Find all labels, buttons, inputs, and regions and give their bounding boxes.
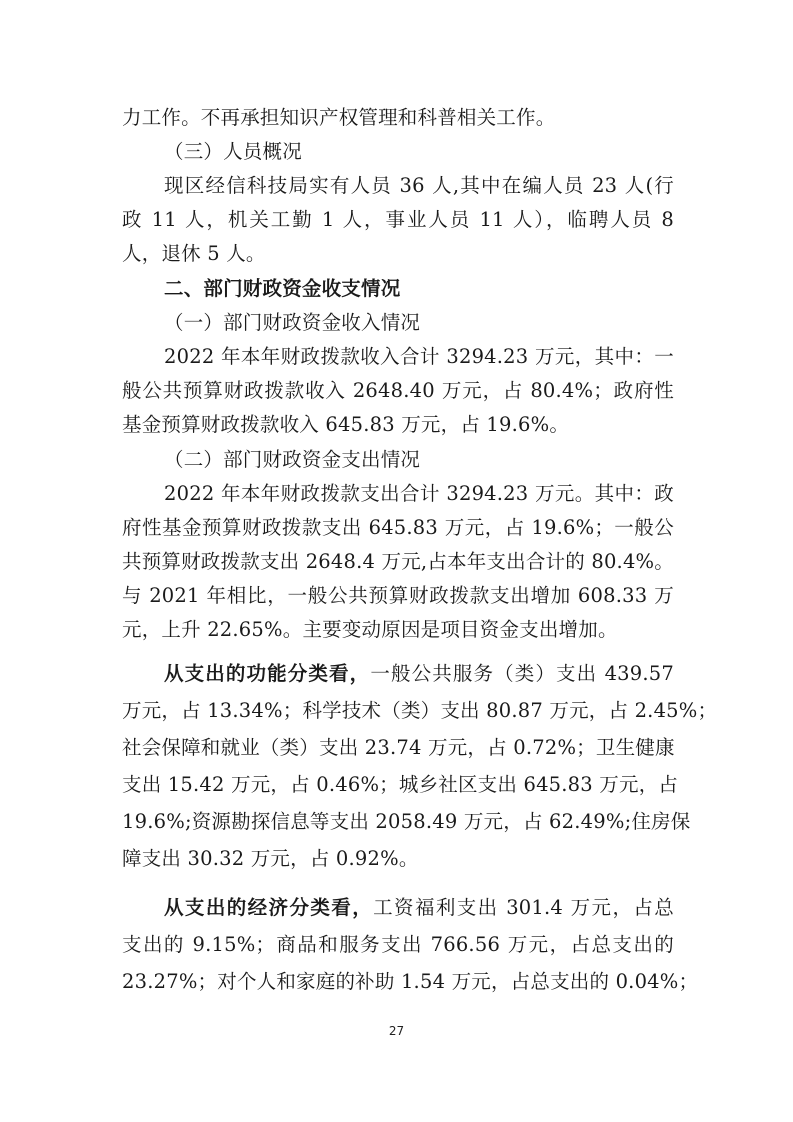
text-line: 社会保障和就业（类）支出 23.74 万元，占 0.72%；卫生健康 xyxy=(122,735,674,761)
text-line: 力工作。不再承担知识产权管理和科普相关工作。 xyxy=(122,105,674,131)
economic-classification-paragraph-lead: 从支出的经济分类看， xyxy=(164,896,373,919)
text-line: 2022 年本年财政拨款支出合计 3294.23 万元。其中：政 xyxy=(122,481,674,507)
economic-classification-paragraph-first-line: 从支出的经济分类看，工资福利支出 301.4 万元，占总 xyxy=(122,895,674,921)
text-line: 共预算财政拨款支出 2648.4 万元,占本年支出合计的 80.4%。 xyxy=(122,549,674,575)
functional-classification-paragraph-first-line: 从支出的功能分类看，一般公共服务（类）支出 439.57 xyxy=(122,661,674,687)
document-page: 力工作。不再承担知识产权管理和科普相关工作。（三）人员概况现区经信科技局实有人员… xyxy=(0,0,793,1122)
text-line: 19.6%;资源勘探信息等支出 2058.49 万元，占 62.49%;住房保 xyxy=(122,809,674,835)
text-line: 基金预算财政拨款收入 645.83 万元，占 19.6%。 xyxy=(122,412,674,438)
text-line: 支出的 9.15%；商品和服务支出 766.56 万元，占总支出的 xyxy=(122,932,674,958)
text-line: 政 11 人，机关工勤 1 人，事业人员 11 人），临聘人员 8 xyxy=(122,207,674,233)
text-line: 人，退休 5 人。 xyxy=(122,241,674,267)
page-number: 27 xyxy=(0,1024,793,1038)
text-line: 与 2021 年相比，一般公共预算财政拨款支出增加 608.33 万 xyxy=(122,583,674,609)
text-line: 万元，占 13.34%；科学技术（类）支出 80.87 万元，占 2.45%； xyxy=(122,698,674,724)
text-line: 支出 15.42 万元，占 0.46%；城乡社区支出 645.83 万元，占 xyxy=(122,772,674,798)
text-line: 2022 年本年财政拨款收入合计 3294.23 万元，其中：一 xyxy=(122,344,674,370)
section-heading: 二、部门财政资金收支情况 xyxy=(122,276,674,302)
economic-classification-paragraph-lead-rest: 工资福利支出 301.4 万元，占总 xyxy=(373,896,674,919)
section-heading: （三）人员概况 xyxy=(122,139,674,165)
text-line: 现区经信科技局实有人员 36 人,其中在编人员 23 人(行 xyxy=(122,173,674,199)
text-line: 元，上升 22.65%。主要变动原因是项目资金支出增加。 xyxy=(122,617,674,643)
text-line: 般公共预算财政拨款收入 2648.40 万元，占 80.4%；政府性 xyxy=(122,378,674,404)
text-line: 23.27%；对个人和家庭的补助 1.54 万元，占总支出的 0.04%； xyxy=(122,969,674,995)
functional-classification-paragraph-lead-rest: 一般公共服务（类）支出 439.57 xyxy=(370,662,674,685)
section-heading: （一）部门财政资金收入情况 xyxy=(122,310,674,336)
text-line: 府性基金预算财政拨款支出 645.83 万元，占 19.6%；一般公 xyxy=(122,515,674,541)
functional-classification-paragraph-lead: 从支出的功能分类看， xyxy=(164,662,370,685)
section-heading: （二）部门财政资金支出情况 xyxy=(122,447,674,473)
text-line: 障支出 30.32 万元，占 0.92%。 xyxy=(122,846,674,872)
